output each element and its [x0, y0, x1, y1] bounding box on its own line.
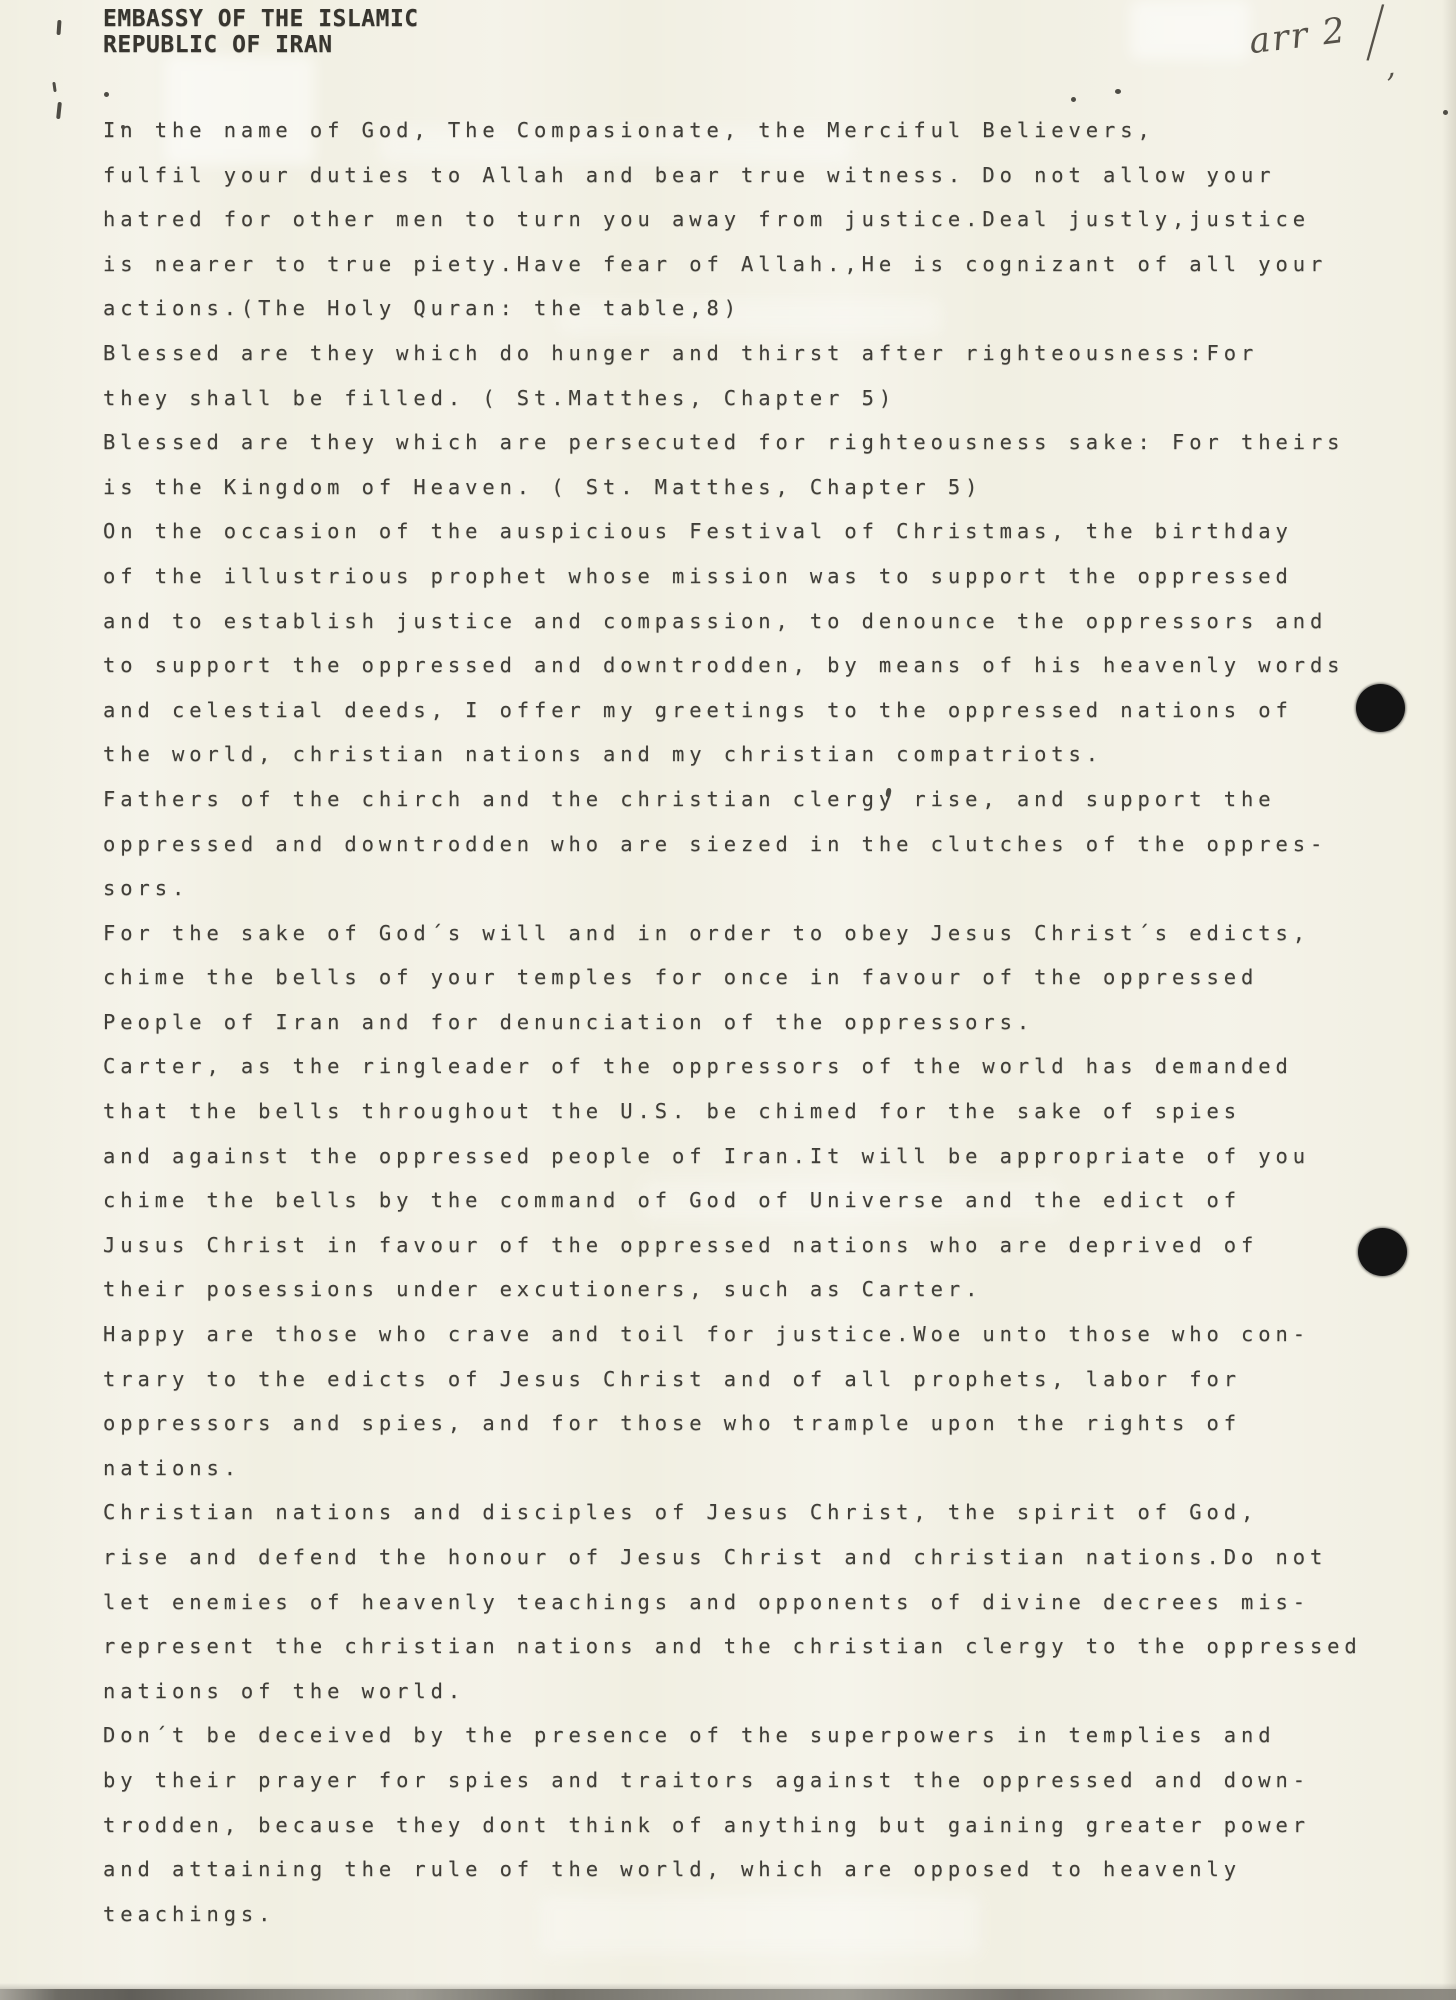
- scan-speck: [121, 125, 125, 129]
- scan-speck: [56, 20, 61, 35]
- scan-speck: [56, 102, 62, 119]
- letterhead: EMBASSY OF THE ISLAMICREPUBLIC OF IRAN: [103, 6, 419, 58]
- handwritten-text: arr 2: [1247, 11, 1349, 63]
- letterhead-line1: EMBASSY OF THE ISLAMIC: [103, 6, 419, 32]
- letterhead-line2: REPUBLIC OF IRAN: [103, 32, 333, 58]
- scan-speck: [1071, 97, 1076, 102]
- letter-body-text: In the name of God, The Compasionate, th…: [103, 108, 1362, 1936]
- scanned-letter-page: EMBASSY OF THE ISLAMICREPUBLIC OF IRAN a…: [0, 0, 1456, 2000]
- paper-right-edge-shading: [1442, 0, 1456, 2000]
- handwritten-comma: ,: [1383, 49, 1397, 85]
- scan-speck: [1115, 89, 1121, 94]
- ink-blot: [1358, 1228, 1407, 1276]
- ink-blot: [1356, 684, 1405, 732]
- handwritten-annotation: arr 2 / ,: [1246, 0, 1456, 124]
- handwritten-slash-stroke: /: [1368, 0, 1382, 73]
- scan-speck: [52, 82, 56, 92]
- scan-bottom-edge: [0, 1989, 1456, 2000]
- scan-speck: [104, 92, 109, 97]
- scan-artifact-patch: [1130, 0, 1250, 60]
